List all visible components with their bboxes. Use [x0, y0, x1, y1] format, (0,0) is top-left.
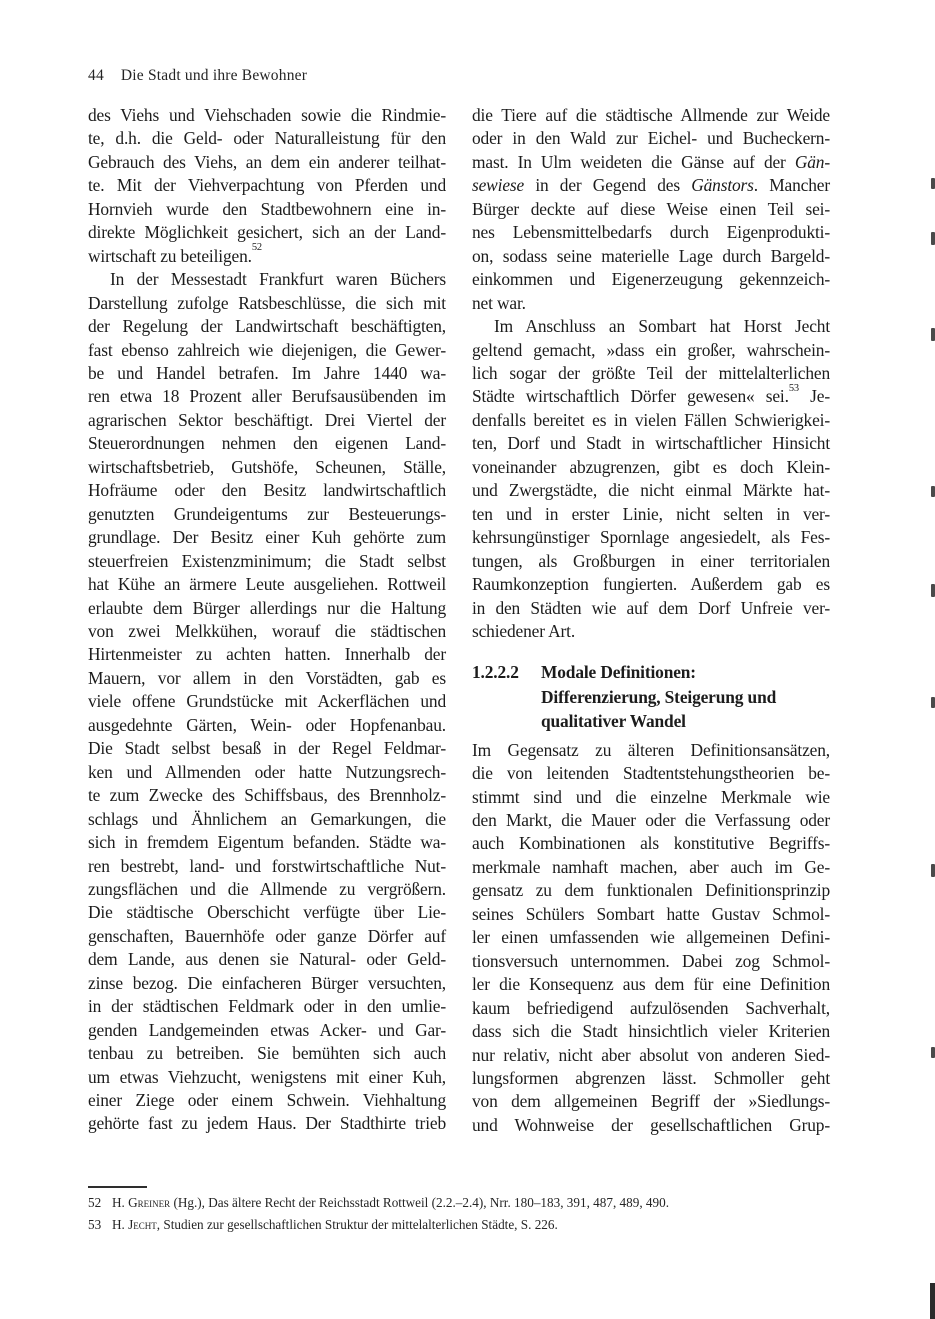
page-edge-artifact [931, 697, 935, 708]
text-line: ren bestrebt, land- und forstwirtschaftl… [88, 855, 446, 878]
text-line: den Markt, die Mauer oder die Verfassung… [472, 809, 830, 832]
running-title: Die Stadt und ihre Bewohner [121, 67, 307, 84]
right-column: die Tiere auf die städtische Allmende zu… [472, 104, 830, 1137]
text-line: von zwei Melkkühen, worauf die städtisch… [88, 620, 446, 643]
page-edge-artifact [931, 232, 935, 245]
text-line: Darstellung zufolge Ratsbeschlüsse, die … [88, 292, 446, 315]
page-edge-artifact [931, 178, 935, 189]
left-column: des Viehs und Viehschaden sowie die Rind… [88, 104, 446, 1136]
page-number: 44 [88, 67, 104, 84]
text-line: einer Ziege oder einem Schwein. Viehhalt… [88, 1089, 446, 1112]
text-line: geltend gemacht, »dass ein großer, wahrs… [472, 339, 830, 362]
text-line: viele offene Grundstücke mit Ackerfläche… [88, 690, 446, 713]
text-line: Gebrauch des Viehs, an dem ein anderer t… [88, 151, 446, 174]
text-line: Hornvieh wurde den Stadtbewohnern eine i… [88, 198, 446, 221]
text-line: ler einen umfassenden wie allgemeinen De… [472, 926, 830, 949]
text-line: grundlage. Der Besitz einer Kuh gehörte … [88, 526, 446, 549]
text-line: Städte wirtschaftlich Dörfer gewesen« se… [472, 385, 830, 408]
text-line: ler die Konsequenz aus dem für eine Defi… [472, 973, 830, 996]
text-line: seines Schülers Sombart hatte Gustav Sch… [472, 903, 830, 926]
text-line: erlaubte dem Bürger allerdings nur die H… [88, 597, 446, 620]
text-line: schlags und Ähnlichem an Gemarkungen, di… [88, 808, 446, 831]
footnote-number: 53 [88, 1214, 112, 1236]
section-heading: 1.2.2.2Modale Definitionen:Differenzieru… [472, 660, 830, 733]
text-line: gensatz zu dem funktionalen Definitionsp… [472, 879, 830, 902]
page-edge-artifact [931, 486, 935, 497]
text-line: te. Mit der Viehverpachtung von Pferden … [88, 174, 446, 197]
text-line: tenbau zu betreiben. Sie bemühten sich a… [88, 1042, 446, 1065]
book-page: 44Die Stadt und ihre Bewohner des Viehs … [0, 0, 935, 1319]
text-line: genutzten Grundeigentums zur Besteuerung… [88, 503, 446, 526]
text-line: ren etwa 18 Prozent aller Berufsausübend… [88, 385, 446, 408]
text-line: kaum befriedigend aufzulösenden Sachverh… [472, 997, 830, 1020]
footnote-text: H. Greiner (Hg.), Das ältere Recht der R… [112, 1195, 669, 1210]
paragraph: die Tiere auf die städtische Allmende zu… [472, 104, 830, 315]
text-line: sewiese in der Gegend des Gänstors. Manc… [472, 174, 830, 197]
text-line: ten, Dorf und Stadt in wirtschaftlicher … [472, 432, 830, 455]
text-line: Die Stadt selbst besaß in der Regel Feld… [88, 737, 446, 760]
text-line: direkte Möglichkeit gesichert, sich an d… [88, 221, 446, 244]
text-line: steuerfreien Existenzminimum; die Stadt … [88, 550, 446, 573]
heading-line: qualitativer Wandel [541, 709, 776, 733]
text-line: nes Lebensmittelbedarfs durch Eigenprodu… [472, 221, 830, 244]
text-line: wirtschaft zu beteiligen.52 [88, 245, 446, 268]
text-line: um etwas Viehzucht, wenigstens mit einer… [88, 1066, 446, 1089]
footnotes: 52H. Greiner (Hg.), Das ältere Recht der… [88, 1192, 840, 1236]
paragraph: des Viehs und Viehschaden sowie die Rind… [88, 104, 446, 268]
text-line: lungsformen abgrenzen lässt. Schmoller g… [472, 1067, 830, 1090]
text-line: be und Handel betrafen. Im Jahre 1440 wa… [88, 362, 446, 385]
text-line: Hofräume oder den Besitz landwirtschaftl… [88, 479, 446, 502]
text-line: des Viehs und Viehschaden sowie die Rind… [88, 104, 446, 127]
text-line: Steuerordnungen nehmen den eigenen Land- [88, 432, 446, 455]
footnote-separator [88, 1186, 147, 1188]
text-line: Die städtische Oberschicht verfügte über… [88, 901, 446, 924]
text-line: in der städtischen Feldmark oder in den … [88, 995, 446, 1018]
text-line: der Regelung der Landwirtschaft beschäft… [88, 315, 446, 338]
heading-line: Modale Definitionen: [541, 660, 776, 684]
text-line: voneinander abzugrenzen, gibt es doch Kl… [472, 456, 830, 479]
page-edge-artifact [931, 328, 935, 341]
page-edge-artifact [931, 1047, 935, 1058]
text-line: nur relativ, nicht aber absolut von ande… [472, 1044, 830, 1067]
text-line: genden Landgemeinden etwas Acker- und Ga… [88, 1019, 446, 1042]
text-line: und Zwergstädte, die nicht einmal Märkte… [472, 479, 830, 502]
text-line: genschaften, Bauernhöfe oder ganze Dörfe… [88, 925, 446, 948]
text-line: die von leitenden Stadtentstehungstheori… [472, 762, 830, 785]
text-line: merkmale namhaft machen, aber auch im Ge… [472, 856, 830, 879]
text-line: oder in den Wald zur Eichel- und Bucheck… [472, 127, 830, 150]
text-line: denfalls bereitet es in vielen Fällen Sc… [472, 409, 830, 432]
paragraph: In der Messestadt Frankfurt waren Bücher… [88, 268, 446, 1136]
running-header: 44Die Stadt und ihre Bewohner [88, 67, 307, 85]
text-line: Mauern, vor allem in den Vorstädten, gab… [88, 667, 446, 690]
paragraph: Im Anschluss an Sombart hat Horst Jechtg… [472, 315, 830, 643]
footnote-text: H. Jecht, Studien zur gesellschaftlichen… [112, 1217, 558, 1232]
text-line: lich sogar der größte Teil der mittelalt… [472, 362, 830, 385]
text-line: stimmt sind und die einzelne Merkmale wi… [472, 786, 830, 809]
text-line: ausgedehnte Gärten, Wein- oder Hopfenanb… [88, 714, 446, 737]
text-line: Bürger deckte auf diese Weise einen Teil… [472, 198, 830, 221]
text-line: dass sich die Stadt hinsichtlich vieler … [472, 1020, 830, 1043]
footnote-53: 53H. Jecht, Studien zur gesellschaftlich… [88, 1214, 840, 1236]
text-line: dem Lande, aus denen sie Natural- oder G… [88, 948, 446, 971]
text-line: einkommen und Eigenerzeugung gekennzeich… [472, 268, 830, 291]
text-line: te zum Zwecke des Schiffsbaus, des Brenn… [88, 784, 446, 807]
text-line: mast. In Ulm weideten die Gänse auf der … [472, 151, 830, 174]
text-line: hat Kühe an ärmere Leute ausgeliehen. Ro… [88, 573, 446, 596]
text-line: Im Gegensatz zu älteren Definitionsansät… [472, 739, 830, 762]
text-line: fast ebenso zahlreich wie diejenigen, di… [88, 339, 446, 362]
footnote-number: 52 [88, 1192, 112, 1214]
text-line: kehrsungünstiger Spornlage angesiedelt, … [472, 526, 830, 549]
page-edge-artifact [931, 584, 935, 597]
text-line: zungsflächen und die Allmende zu vergröß… [88, 878, 446, 901]
text-line: ken und Allmenden oder hatte Nutzungsrec… [88, 761, 446, 784]
text-line: Hirtenmeister zu achten hatten. Innerhal… [88, 643, 446, 666]
footnote-52: 52H. Greiner (Hg.), Das ältere Recht der… [88, 1192, 840, 1214]
text-line: Im Anschluss an Sombart hat Horst Jecht [472, 315, 830, 338]
page-edge-artifact [931, 864, 935, 877]
text-line: In der Messestadt Frankfurt waren Bücher… [88, 268, 446, 291]
text-line: zinse bezog. Die einfacheren Bürger vers… [88, 972, 446, 995]
section-number: 1.2.2.2 [472, 660, 541, 733]
text-line: schiedener Art. [472, 620, 830, 643]
text-line: tionsversuch unternommen. Dabei zog Schm… [472, 950, 830, 973]
text-line: tungen, als Großburgen in einer territor… [472, 550, 830, 573]
text-line: sich in fremdem Eigentum befanden. Städt… [88, 831, 446, 854]
text-line: wirtschaftsbetrieb, Gutshöfe, Scheunen, … [88, 456, 446, 479]
text-line: auch Kombinationen als konstitutive Begr… [472, 832, 830, 855]
text-line: te, d.h. die Geld- oder Naturalleistung … [88, 127, 446, 150]
text-line: net war. [472, 292, 830, 315]
text-line: on, sodass seine materielle Lage durch B… [472, 245, 830, 268]
heading-line: Differenzierung, Steigerung und [541, 685, 776, 709]
text-line: gehörte fast zu jedem Haus. Der Stadthir… [88, 1112, 446, 1135]
text-line: in den Städten wie auf dem Dorf Unfreie … [472, 597, 830, 620]
text-line: die Tiere auf die städtische Allmende zu… [472, 104, 830, 127]
text-line: agrarischen Sektor beschäftigt. Drei Vie… [88, 409, 446, 432]
paragraph: Im Gegensatz zu älteren Definitionsansät… [472, 739, 830, 1138]
text-line: ten und in erster Linie, nicht selten in… [472, 503, 830, 526]
section-title: Modale Definitionen:Differenzierung, Ste… [541, 660, 776, 733]
text-line: von dem allgemeinen Begriff der »Siedlun… [472, 1090, 830, 1113]
page-edge-artifact [930, 1283, 935, 1319]
text-line: und Wohnweise der gesellschaftlichen Gru… [472, 1114, 830, 1137]
text-line: Raumkonzeption fungierten. Außerdem gab … [472, 573, 830, 596]
